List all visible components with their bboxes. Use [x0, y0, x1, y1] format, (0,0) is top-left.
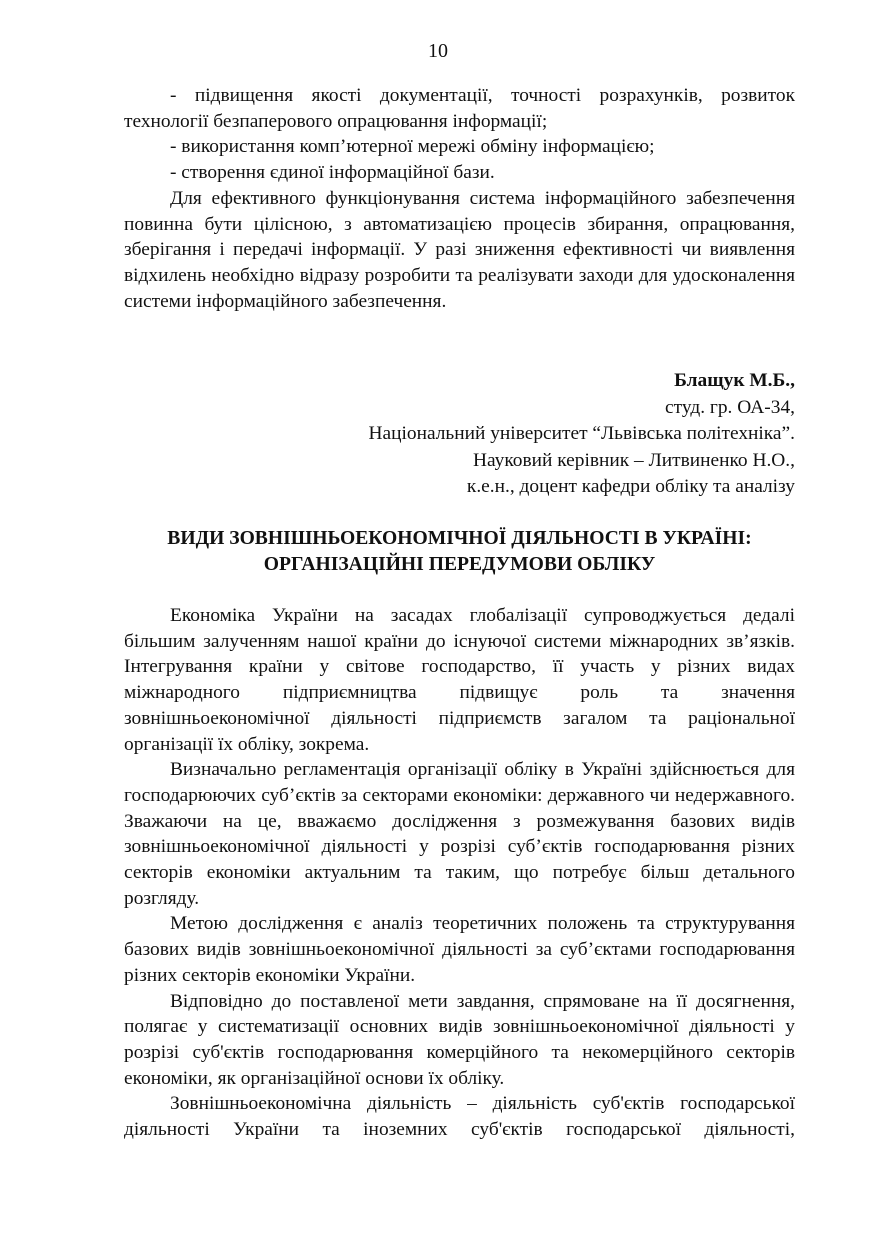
supervisor-title: к.е.н., доцент кафедри обліку та аналізу: [369, 474, 795, 501]
article-body: Економіка України на засадах глобалізаці…: [124, 603, 795, 1143]
body-paragraph: Метою дослідження є аналіз теоретичних п…: [124, 911, 795, 988]
bullet-item: - використання комп’ютерної мережі обмін…: [124, 134, 795, 160]
author-university: Національний університет “Львівська полі…: [369, 421, 795, 448]
body-paragraph: Зовнішньоекономічна діяльність – діяльні…: [124, 1091, 795, 1142]
body-paragraph: Визначально регламентація організації об…: [124, 757, 795, 911]
bullet-item: - підвищення якості документації, точнос…: [124, 83, 795, 134]
paragraph: Для ефективного функціонування система і…: [124, 186, 795, 315]
author-info: Блащук М.Б., студ. гр. ОА-34, Національн…: [369, 368, 795, 501]
body-paragraph: Відповідно до поставленої мети завдання,…: [124, 989, 795, 1092]
author-name: Блащук М.Б.,: [369, 368, 795, 395]
top-section: - підвищення якості документації, точнос…: [124, 83, 795, 314]
article-title-line-1: ВИДИ ЗОВНІШНЬОЕКОНОМІЧНОЇ ДІЯЛЬНОСТІ В У…: [124, 526, 795, 552]
page-number: 10: [0, 38, 876, 64]
article-title-line-2: ОРГАНІЗАЦІЙНІ ПЕРЕДУМОВИ ОБЛІКУ: [124, 552, 795, 578]
bullet-item: - створення єдиної інформаційної бази.: [124, 160, 795, 186]
article-title: ВИДИ ЗОВНІШНЬОЕКОНОМІЧНОЇ ДІЯЛЬНОСТІ В У…: [124, 526, 795, 578]
author-group: студ. гр. ОА-34,: [369, 395, 795, 422]
body-paragraph: Економіка України на засадах глобалізаці…: [124, 603, 795, 757]
supervisor: Науковий керівник – Литвиненко Н.О.,: [369, 448, 795, 475]
